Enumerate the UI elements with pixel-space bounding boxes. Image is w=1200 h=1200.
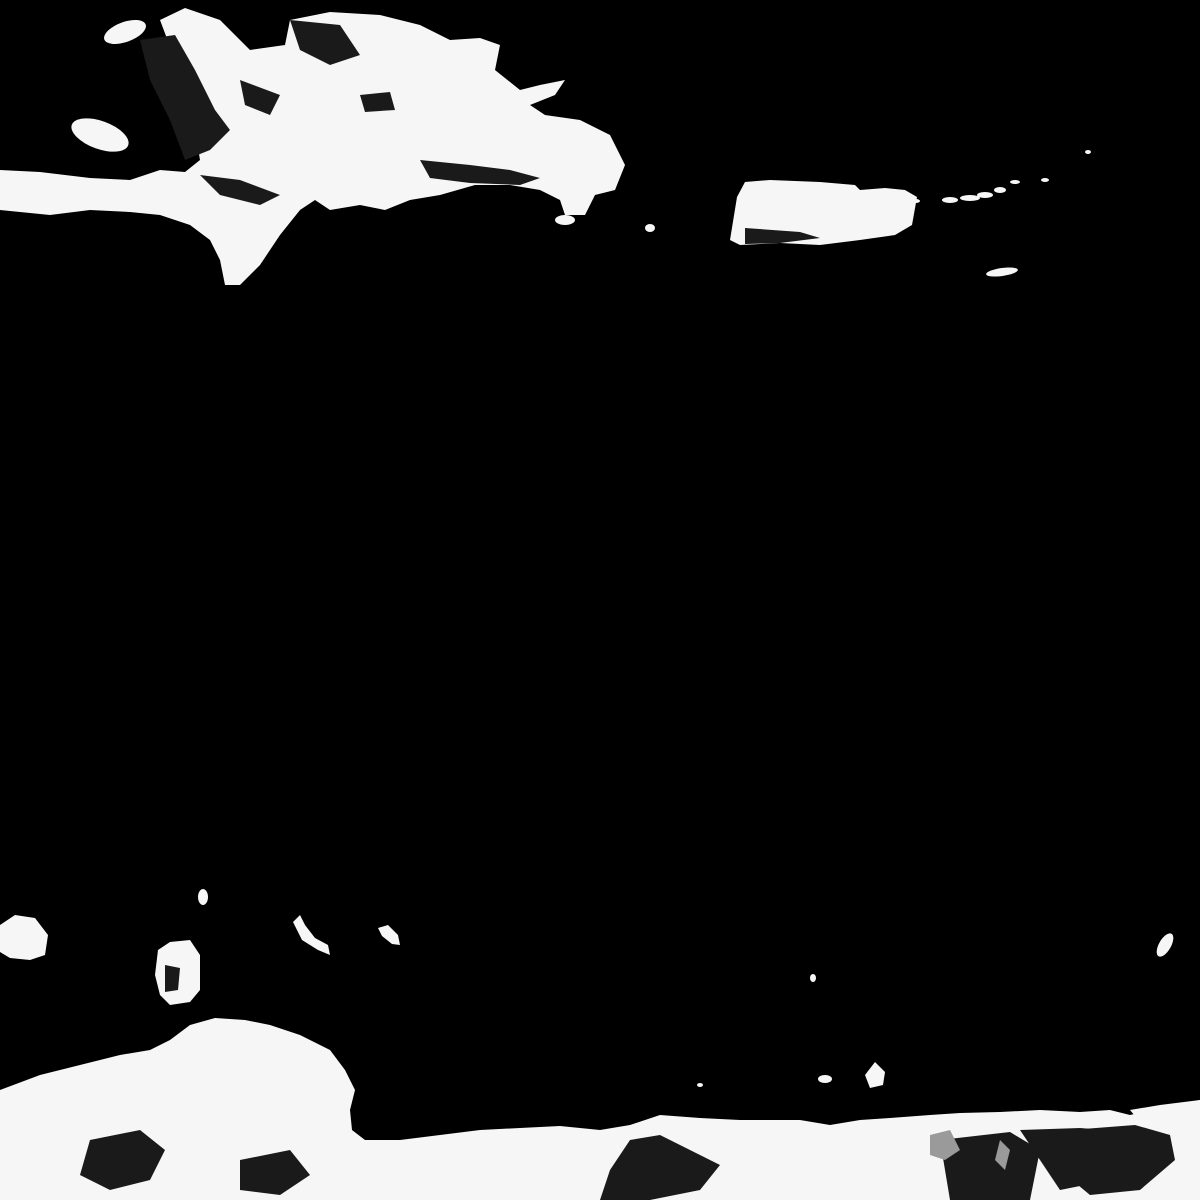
map-canvas[interactable] [0, 0, 1200, 1200]
